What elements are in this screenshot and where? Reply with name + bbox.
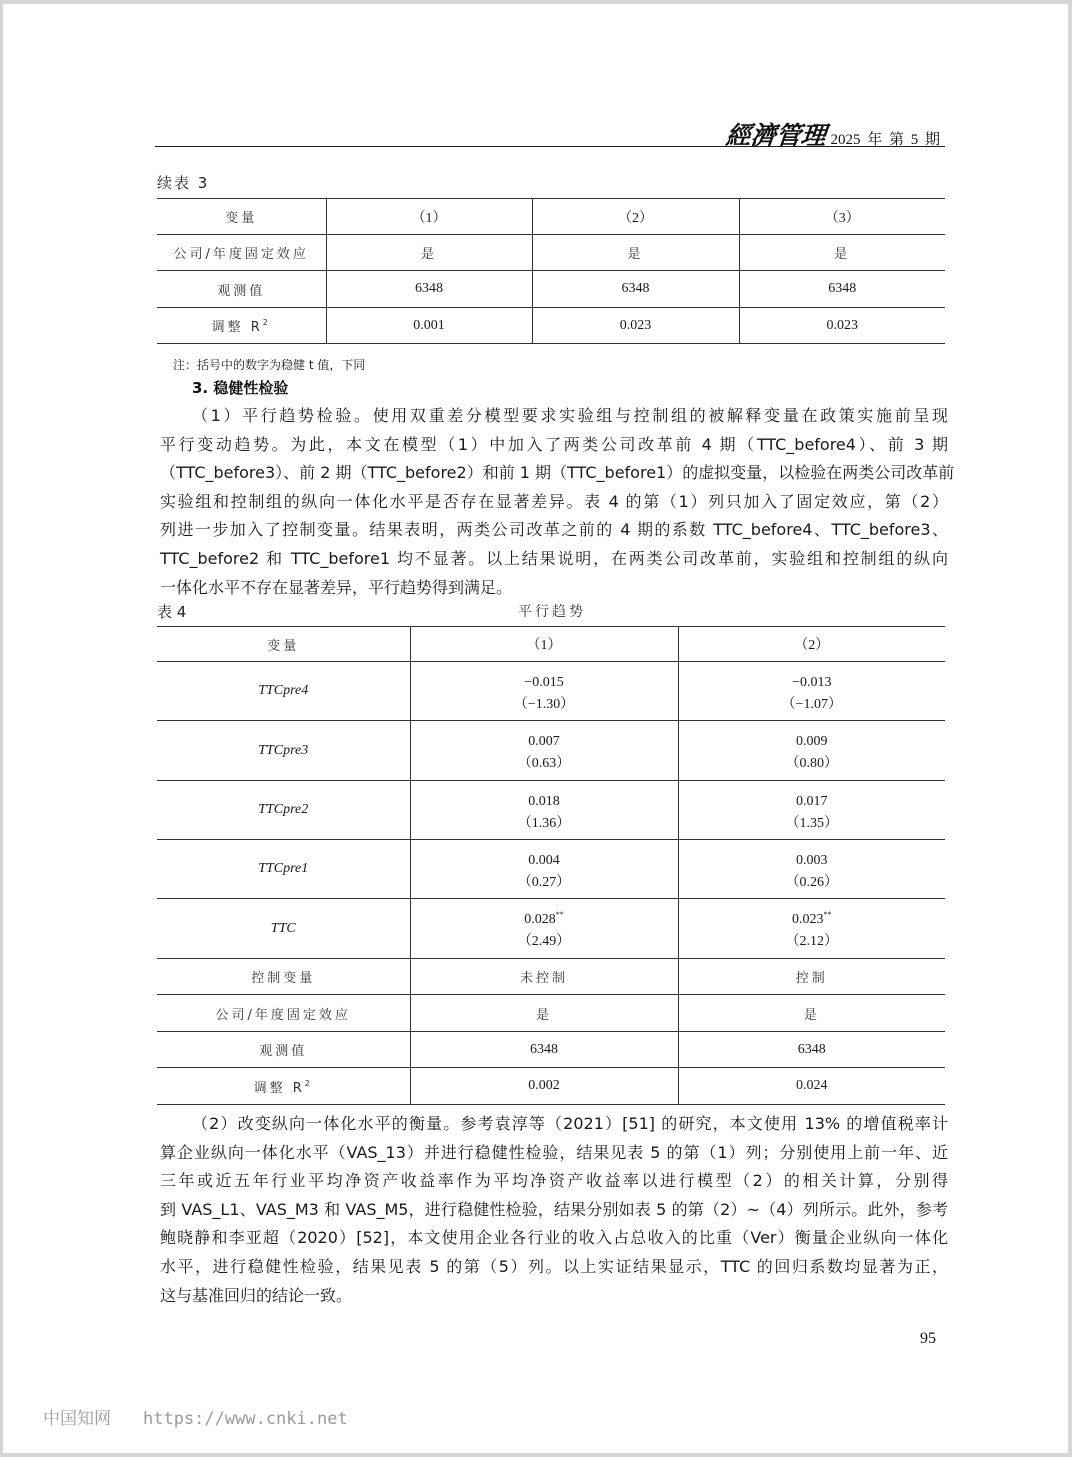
document-page: 經濟管理 2025 年 第 5 期 续表 3 变量 （1） （2） （3） 公司… <box>3 4 1068 1453</box>
text-line: 鲍晓静和李亚超（2020）[52]，本文使用企业各行业的收入占总收入的比重（Ve… <box>160 1224 948 1253</box>
paragraph-alternative-measure: （2）改变纵向一体化水平的衡量。参考袁淳等（2021）[51] 的研究，本文使用… <box>160 1110 948 1310</box>
table4: 变量 （1） （2） TTCpre4 −0.015（−1.30） −0.013（… <box>157 626 945 1105</box>
row-label: 调整 R2 <box>157 1068 410 1105</box>
table-row: TTCpre4 −0.015（−1.30） −0.013（−1.07） <box>157 662 945 721</box>
table-cell: 0.024 <box>678 1068 945 1105</box>
table-cell: 6348 <box>678 1032 945 1068</box>
section-heading: 3. 稳健性检验 <box>192 377 288 398</box>
table-cell: 0.001 <box>326 308 532 344</box>
row-label: 调整 R2 <box>157 308 326 344</box>
text-line: （1）平行趋势检验。使用双重差分模型要求实验组与控制组的被解释变量在政策实施前呈… <box>160 402 948 431</box>
table-cell: 0.002 <box>410 1068 678 1105</box>
text-line: 算企业纵向一体化水平（VAS_13）并进行稳健性检验，结果见表 5 的第（1）列… <box>160 1139 948 1168</box>
text-line: （2）改变纵向一体化水平的衡量。参考袁淳等（2021）[51] 的研究，本文使用… <box>160 1110 948 1139</box>
text-line: TTC_before2 和 TTC_before1 均不显著。以上结果说明，在两… <box>160 545 948 574</box>
table-cell: 是 <box>678 995 945 1032</box>
t-value: （0.63） <box>411 753 678 775</box>
text-line: 到 VAS_L1、VAS_M3 和 VAS_M5，进行稳健性检验，结果分别如表 … <box>160 1196 948 1225</box>
variable-label: TTCpre2 <box>157 781 410 840</box>
coefficient: 0.007 <box>411 726 678 753</box>
coef-cell: 0.004（0.27） <box>410 840 678 899</box>
paragraph-parallel-trend: （1）平行趋势检验。使用双重差分模型要求实验组与控制组的被解释变量在政策实施前呈… <box>160 402 948 602</box>
table-row: 公司/年度固定效应 是 是 是 <box>157 235 945 271</box>
t-value: （0.80） <box>679 753 946 775</box>
table-cell: 6348 <box>326 271 532 308</box>
row-label-text: 调整 R <box>254 1081 305 1096</box>
row-label: 控制变量 <box>157 959 410 995</box>
t-value: （2.12） <box>679 931 946 953</box>
superscript: 2 <box>263 318 271 327</box>
coef-cell: 0.017（1.35） <box>678 781 945 840</box>
table-cell: 6348 <box>410 1032 678 1068</box>
page-number: 95 <box>920 1330 936 1348</box>
row-label: 观测值 <box>157 271 326 308</box>
coefficient: 0.009 <box>679 726 946 753</box>
table3-header-cell: 变量 <box>157 199 326 235</box>
table-cell: 6348 <box>739 271 945 308</box>
table3-caption: 续表 3 <box>157 172 209 193</box>
t-value: （0.26） <box>679 872 946 894</box>
table-cell: 是 <box>410 995 678 1032</box>
table-row: 公司/年度固定效应 是 是 <box>157 995 945 1032</box>
text-line: 列进一步加入了控制变量。结果表明，两类公司改革之前的 4 期的系数 TTC_be… <box>160 516 948 545</box>
table-cell: 0.023 <box>739 308 945 344</box>
t-value: （−1.30） <box>411 694 678 716</box>
coefficient: 0.018 <box>411 786 678 813</box>
variable-label: TTCpre4 <box>157 662 410 721</box>
variable-label: TTCpre3 <box>157 721 410 781</box>
t-value: （−1.07） <box>679 694 946 716</box>
table3-header-cell: （3） <box>739 199 945 235</box>
table3: 变量 （1） （2） （3） 公司/年度固定效应 是 是 是 观测值 6348 … <box>157 198 945 344</box>
table-row: TTCpre3 0.007（0.63） 0.009（0.80） <box>157 721 945 781</box>
table-cell: 是 <box>532 235 739 271</box>
coefficient: 0.004 <box>411 845 678 872</box>
row-label: 公司/年度固定效应 <box>157 995 410 1032</box>
row-label-text: 调整 R <box>212 320 263 335</box>
table-row: 调整 R2 0.002 0.024 <box>157 1068 945 1105</box>
table-row: 调整 R2 0.001 0.023 0.023 <box>157 308 945 344</box>
table4-header-cell: （2） <box>678 627 945 662</box>
table4-header-cell: 变量 <box>157 627 410 662</box>
t-value: （1.36） <box>411 813 678 835</box>
row-label: 公司/年度固定效应 <box>157 235 326 271</box>
coefficient: 0.023** <box>679 904 946 931</box>
variable-label: TTCpre1 <box>157 840 410 899</box>
coef-cell: 0.028**（2.49） <box>410 899 678 959</box>
table-row: 观测值 6348 6348 <box>157 1032 945 1068</box>
table4-header-row: 变量 （1） （2） <box>157 627 945 662</box>
variable-label: TTC <box>157 899 410 959</box>
coef-cell: 0.009（0.80） <box>678 721 945 781</box>
coef-cell: −0.015（−1.30） <box>410 662 678 721</box>
row-label: 观测值 <box>157 1032 410 1068</box>
text-line: 平行变动趋势。为此，本文在模型（1）中加入了两类公司改革前 4 期（TTC_be… <box>160 431 948 460</box>
table-note: 注：括号中的数字为稳健 t 值，下同 <box>173 356 365 373</box>
table-cell: 是 <box>326 235 532 271</box>
t-value: （2.49） <box>411 931 678 953</box>
table-cell: 0.023 <box>532 308 739 344</box>
t-value: （1.35） <box>679 813 946 835</box>
table4-title: 平行趋势 <box>518 601 586 621</box>
coefficient: −0.013 <box>679 667 946 694</box>
header-rule <box>155 146 945 147</box>
text-line: 实验组和控制组的纵向一体化水平是否存在显著差异。表 4 的第（1）列只加入了固定… <box>160 488 948 517</box>
coefficient: 0.028** <box>411 904 678 931</box>
coefficient: −0.015 <box>411 667 678 694</box>
table3-header-row: 变量 （1） （2） （3） <box>157 199 945 235</box>
table3-header-cell: （1） <box>326 199 532 235</box>
superscript: 2 <box>305 1079 313 1088</box>
text-line: 三年或近五年行业平均净资产收益率作为平均净资产收益率以进行模型（2）的相关计算，… <box>160 1167 948 1196</box>
table3-header-cell: （2） <box>532 199 739 235</box>
watermark-url[interactable]: https://www.cnki.net <box>143 1409 348 1429</box>
table4-header-cell: （1） <box>410 627 678 662</box>
table-cell: 控制 <box>678 959 945 995</box>
table-row: TTC 0.028**（2.49） 0.023**（2.12） <box>157 899 945 959</box>
table-row: TTCpre1 0.004（0.27） 0.003（0.26） <box>157 840 945 899</box>
coef-cell: 0.003（0.26） <box>678 840 945 899</box>
table-row: 控制变量 未控制 控制 <box>157 959 945 995</box>
table4-caption: 表 4 <box>157 601 186 622</box>
table-row: TTCpre2 0.018（1.36） 0.017（1.35） <box>157 781 945 840</box>
text-line: 一体化水平不存在显著差异，平行趋势得到满足。 <box>160 574 948 603</box>
table-cell: 是 <box>739 235 945 271</box>
table-cell: 未控制 <box>410 959 678 995</box>
text-line: 水平，进行稳健性检验，结果见表 5 的第（5）列。以上实证结果显示，TTC 的回… <box>160 1253 948 1282</box>
t-value: （0.27） <box>411 872 678 894</box>
coefficient: 0.003 <box>679 845 946 872</box>
watermark-site-name: 中国知网 <box>43 1409 111 1429</box>
coef-cell: 0.007（0.63） <box>410 721 678 781</box>
table-cell: 6348 <box>532 271 739 308</box>
coef-cell: 0.023**（2.12） <box>678 899 945 959</box>
text-line: 这与基准回归的结论一致。 <box>160 1282 948 1311</box>
coef-cell: 0.018（1.36） <box>410 781 678 840</box>
watermark: 中国知网https://www.cnki.net <box>43 1404 348 1429</box>
coef-cell: −0.013（−1.07） <box>678 662 945 721</box>
coefficient: 0.017 <box>679 786 946 813</box>
text-line: （TTC_before3）、前 2 期（TTC_before2）和前 1 期（T… <box>160 459 948 488</box>
table-row: 观测值 6348 6348 6348 <box>157 271 945 308</box>
